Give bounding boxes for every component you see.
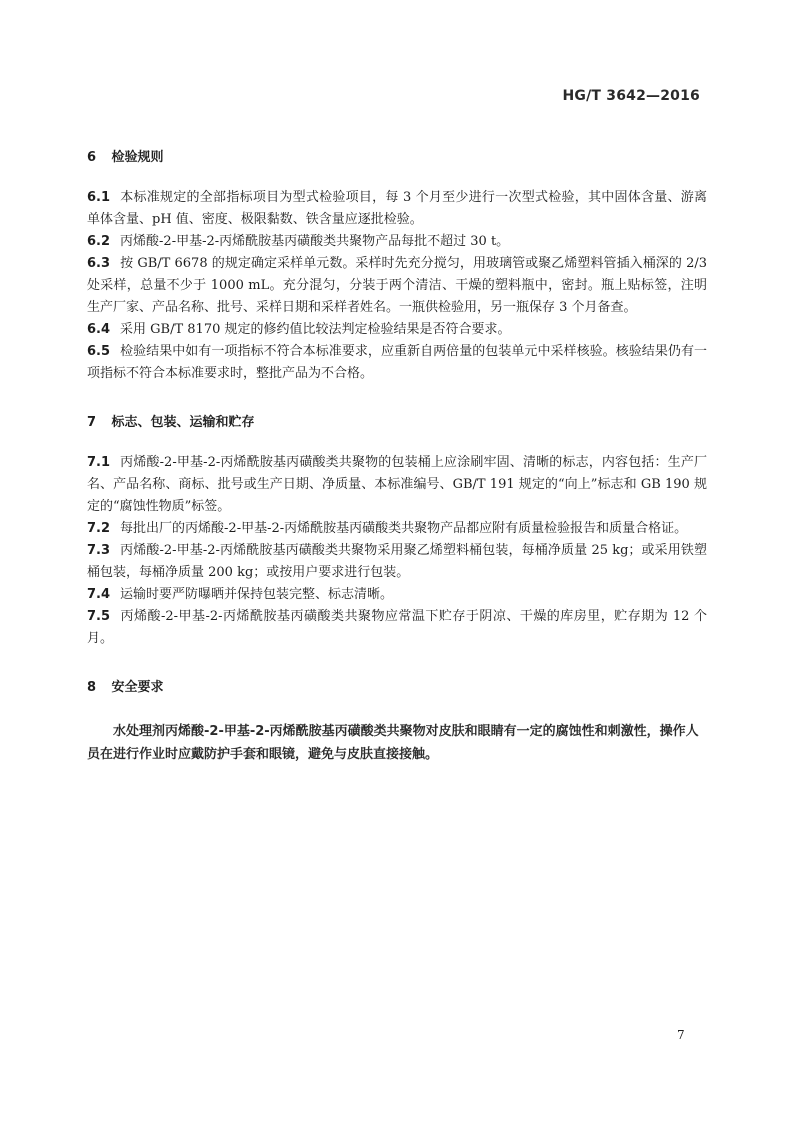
section-title-text: 检验规则 [112,150,164,165]
standard-code: HG/T 3642—2016 [563,88,700,104]
document-body: 6 检验规则 6.1本标准规定的全部指标项目为型式检验项目，每 3 个月至少进行… [87,148,707,766]
clause-text: 按 GB/T 6678 的规定确定采样单元数。采样时先充分搅匀，用玻璃管或聚乙烯… [87,256,707,315]
clause-text: 采用 GB/T 8170 规定的修约值比较法判定检验结果是否符合要求。 [120,322,510,337]
section-6-title: 6 检验规则 [87,148,707,168]
clause-6-3: 6.3按 GB/T 6678 的规定确定采样单元数。采样时先充分搅匀，用玻璃管或… [87,253,707,319]
clause-text: 本标准规定的全部指标项目为型式检验项目，每 3 个月至少进行一次型式检验，其中固… [87,190,707,227]
clause-number: 6.5 [87,344,110,359]
clause-text: 丙烯酸-2-甲基-2-丙烯酰胺基丙磺酸类共聚物产品每批不超过 30 t。 [120,234,509,249]
clause-number: 6.1 [87,190,110,205]
clause-number: 7.5 [87,609,110,624]
clause-number: 7.1 [87,455,110,470]
clause-text: 丙烯酸-2-甲基-2-丙烯酰胺基丙磺酸类共聚物的包装桶上应涂刷牢固、清晰的标志，… [87,455,707,514]
clause-number: 7.2 [87,521,110,536]
clause-text: 运输时要严防曝晒并保持包装完整、标志清晰。 [120,587,393,602]
clause-7-5: 7.5丙烯酸-2-甲基-2-丙烯酰胺基丙磺酸类共聚物应常温下贮存于阴凉、干燥的库… [87,606,707,650]
section-title-text: 安全要求 [112,680,164,695]
clause-6-4: 6.4采用 GB/T 8170 规定的修约值比较法判定检验结果是否符合要求。 [87,319,707,341]
clause-7-1: 7.1丙烯酸-2-甲基-2-丙烯酰胺基丙磺酸类共聚物的包装桶上应涂刷牢固、清晰的… [87,452,707,518]
clause-text: 每批出厂的丙烯酸-2-甲基-2-丙烯酰胺基丙磺酸类共聚物产品都应附有质量检验报告… [120,521,687,536]
clause-text: 检验结果中如有一项指标不符合本标准要求，应重新自两倍量的包装单元中采样核验。核验… [87,344,707,381]
clause-text: 丙烯酸-2-甲基-2-丙烯酰胺基丙磺酸类共聚物采用聚乙烯塑料桶包装，每桶净质量 … [87,543,707,580]
clause-6-2: 6.2丙烯酸-2-甲基-2-丙烯酰胺基丙磺酸类共聚物产品每批不超过 30 t。 [87,231,707,253]
clause-text: 丙烯酸-2-甲基-2-丙烯酰胺基丙磺酸类共聚物应常温下贮存于阴凉、干燥的库房里，… [87,609,707,646]
section-7-title: 7 标志、包装、运输和贮存 [87,413,707,433]
clause-number: 7.4 [87,587,110,602]
clause-7-4: 7.4运输时要严防曝晒并保持包装完整、标志清晰。 [87,584,707,606]
section-8-title: 8 安全要求 [87,678,707,698]
clause-6-5: 6.5检验结果中如有一项指标不符合本标准要求，应重新自两倍量的包装单元中采样核验… [87,341,707,385]
page-number: 7 [677,1028,685,1042]
clause-number: 6.4 [87,322,110,337]
section-title-text: 标志、包装、运输和贮存 [112,415,255,430]
clause-number: 6.2 [87,234,110,249]
section-number: 7 [87,413,107,433]
clause-number: 7.3 [87,543,110,558]
section-number: 6 [87,148,107,168]
clause-number: 6.3 [87,256,110,271]
section-number: 8 [87,678,107,698]
clause-7-3: 7.3丙烯酸-2-甲基-2-丙烯酰胺基丙磺酸类共聚物采用聚乙烯塑料桶包装，每桶净… [87,540,707,584]
clause-7-2: 7.2每批出厂的丙烯酸-2-甲基-2-丙烯酰胺基丙磺酸类共聚物产品都应附有质量检… [87,518,707,540]
clause-6-1: 6.1本标准规定的全部指标项目为型式检验项目，每 3 个月至少进行一次型式检验，… [87,187,707,231]
safety-paragraph: 水处理剂丙烯酸-2-甲基-2-丙烯酰胺基丙磺酸类共聚物对皮肤和眼睛有一定的腐蚀性… [87,720,707,766]
